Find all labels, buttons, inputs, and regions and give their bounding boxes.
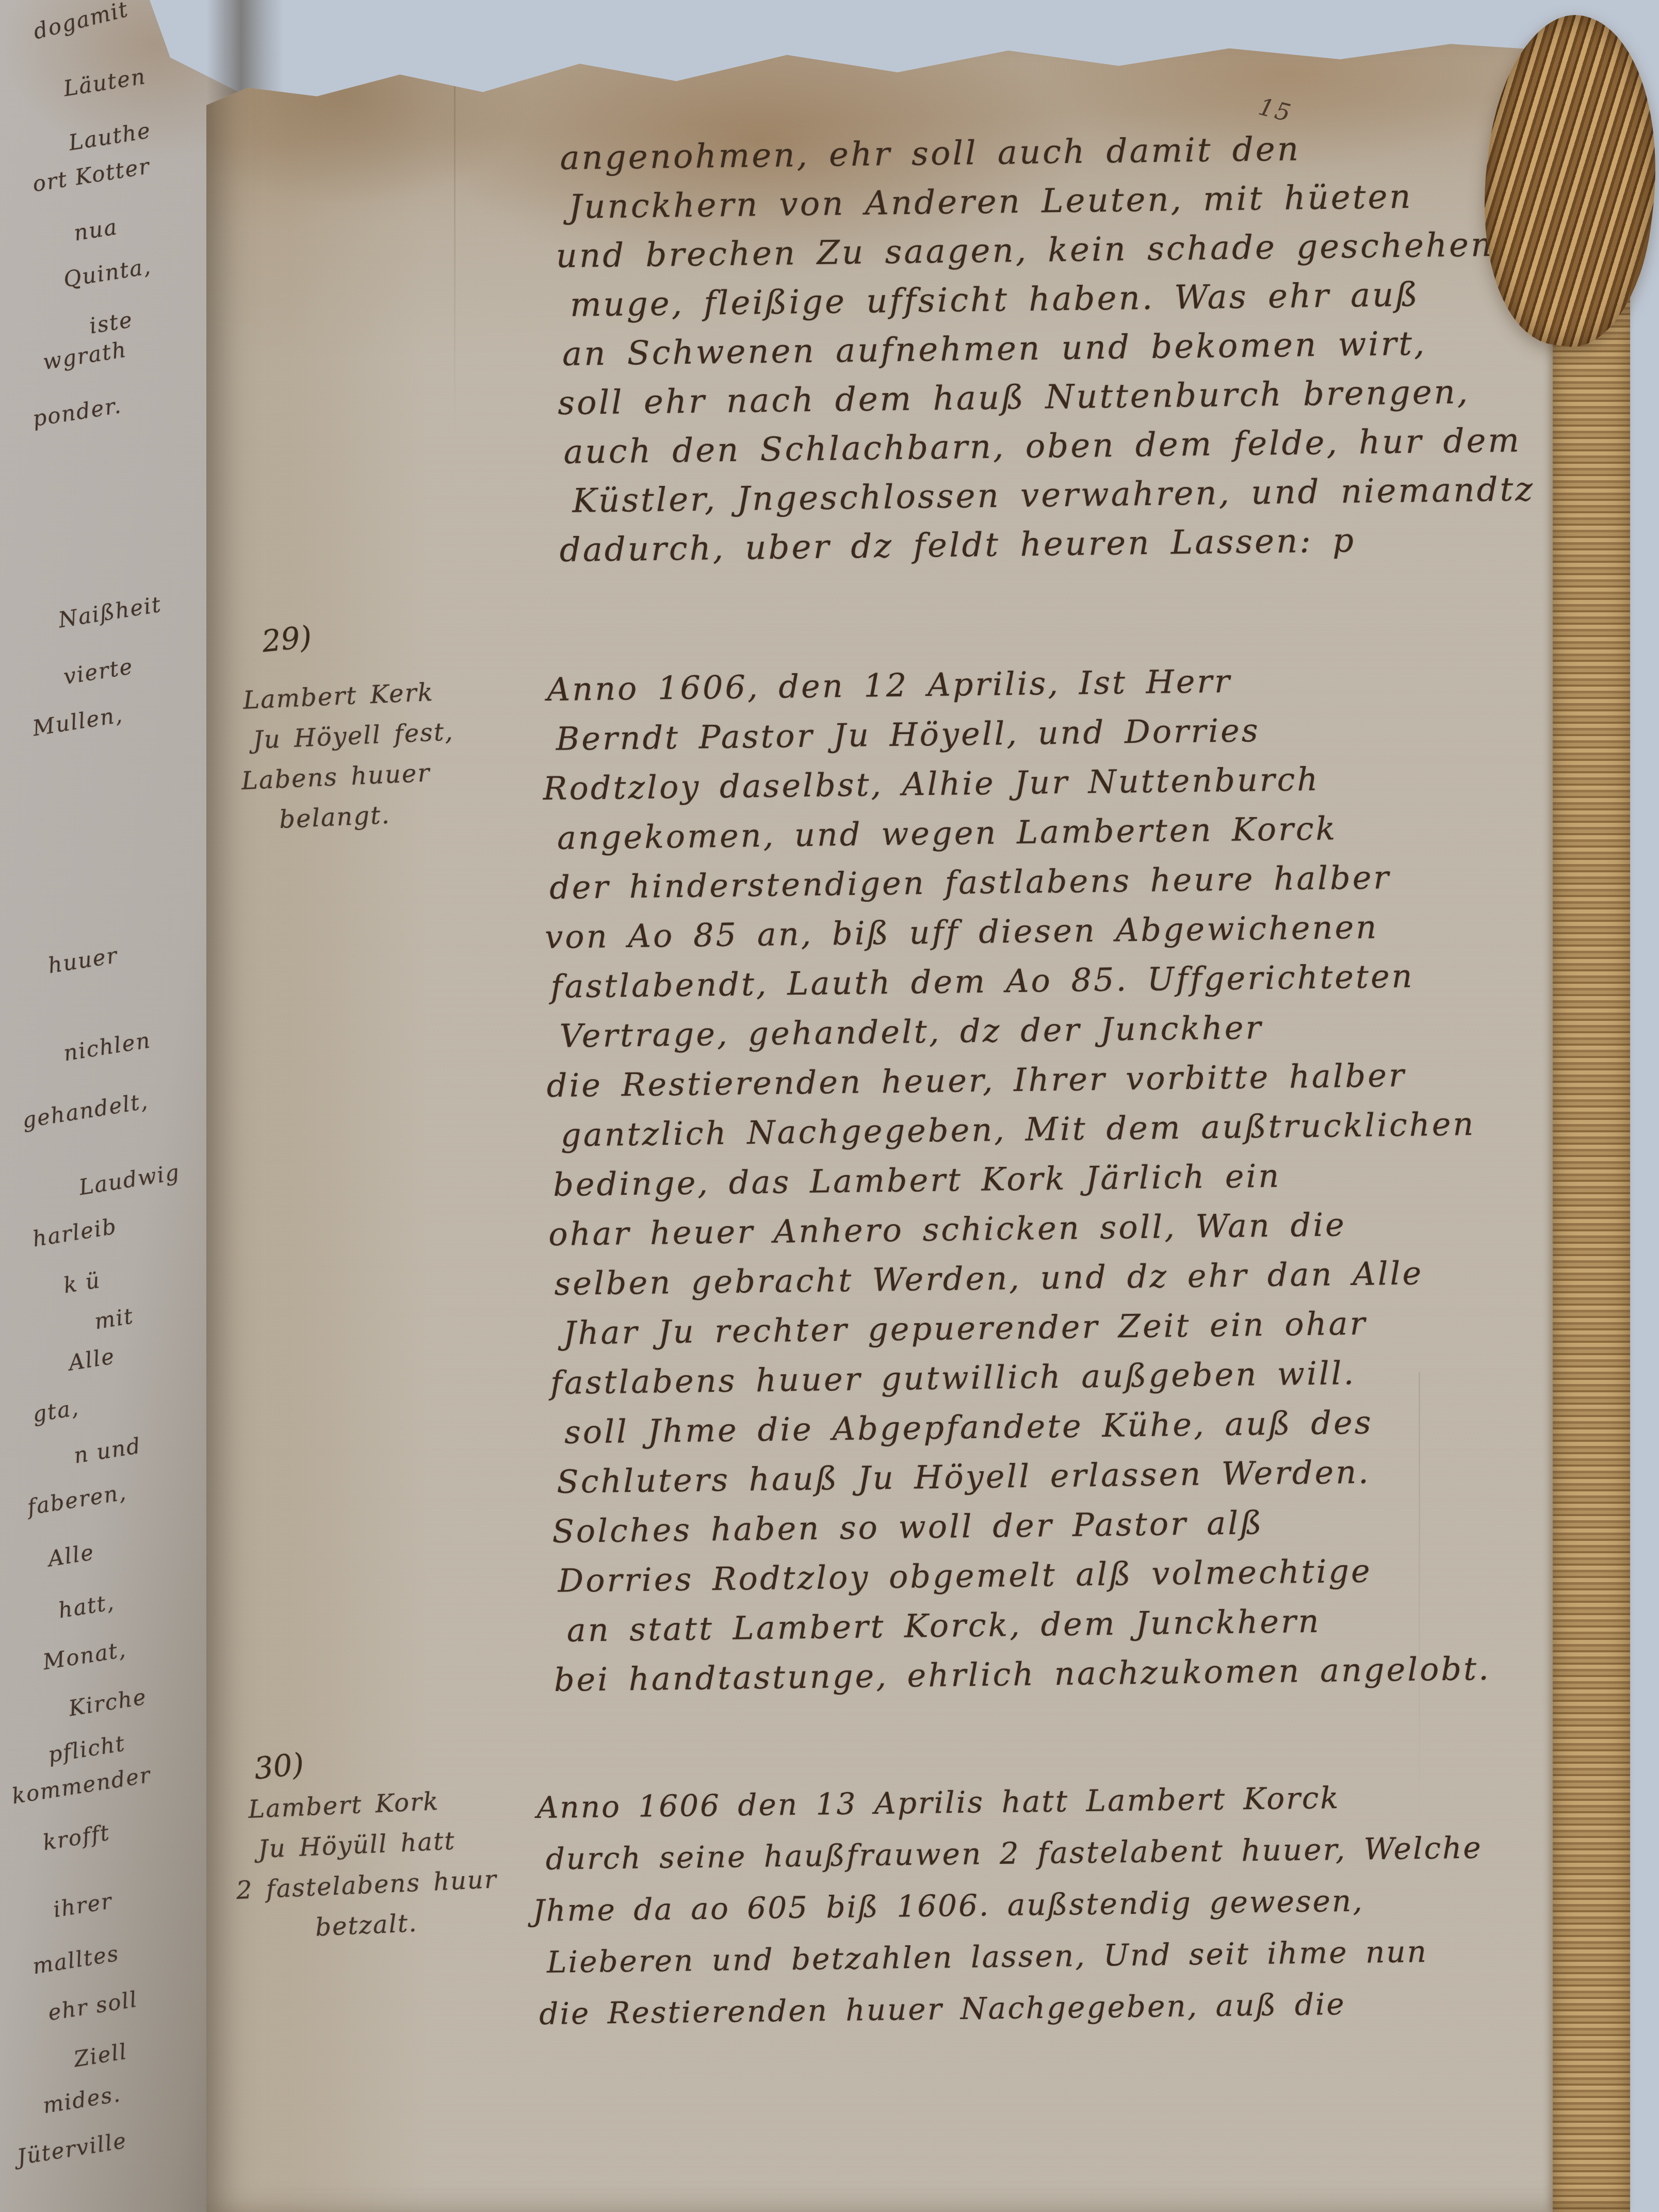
left-page-text-fragment: hatt, [57,1590,116,1623]
left-page-text-fragment: pflicht [46,1731,127,1767]
left-page-text-fragment: Kirche [67,1685,149,1720]
left-page-text-fragment: k ü [62,1268,102,1298]
left-page-text-fragment: ihrer [52,1889,114,1922]
left-page-text-fragment: ehr soll [46,1988,139,2025]
manuscript-photo: dogamit Läuten Lauthe ort Kotter nua Qui… [0,0,1659,2212]
left-page-text-fragment: gta, [31,1396,80,1427]
left-page-text-fragment: Alle [46,1540,96,1571]
left-page-text-fragment: mit [93,1304,135,1334]
left-page-text-fragment: vierte [62,655,135,689]
margin-note-line: betzalt. [315,1905,500,1953]
left-page-text-fragment: gehandelt, [21,1089,150,1132]
left-page-text-fragment: harleib [31,1214,119,1251]
handwritten-line: die Restierenden huuer Nachgegeben, auß … [539,1985,1485,2048]
left-page-text-fragment: Läuten [62,64,148,101]
left-page-text-fragment: Quinta, [62,254,153,291]
left-page-text-fragment: Naißheit [57,592,163,632]
left-page-text-fragment: nichlen [62,1028,153,1065]
left-page-text-fragment: Mullen, [31,703,124,740]
left-page-text-fragment: nua [72,215,119,246]
left-page-text-fragment: huuer [46,944,120,978]
left-page-text-fragment: Monat, [41,1638,128,1674]
left-page-text-fragment: Jüterville [15,2128,128,2169]
left-page-text-fragment: malltes [31,1942,121,1979]
entry-29-margin-note: Lambert Kerk Ju Höyell fest, Labens huue… [242,677,458,847]
entry-30-marker: 30) [253,1749,305,1784]
page-crease [454,62,456,433]
entry-30-margin-note: Lambert Kork Ju Höyüll hatt 2 fastelaben… [248,1784,500,1956]
left-page-text-fragment: Laudwig [77,1160,182,1199]
left-page-text-fragment: Ziell [72,2040,129,2072]
intro-paragraph: angenohmen, ehr soll auch damit den Junc… [560,127,1536,580]
left-page-text-fragment: ponder. [31,394,123,431]
left-page-text-fragment: Alle [67,1344,117,1375]
left-page-text-fragment: wgrath [41,337,128,374]
left-page-text-fragment: mides. [41,2082,122,2118]
left-page-text-fragment: faberen, [26,1481,128,1520]
book-fore-edge [1553,62,1630,2212]
entry-30-body: Anno 1606 den 13 Aprilis hatt Lambert Ko… [536,1779,1485,2048]
left-page-text-fragment: n und [72,1434,143,1468]
right-page: 15 angenohmen, ehr soll auch damit den J… [206,31,1589,2212]
page-number: 15 [1256,94,1294,125]
left-page-text-fragment: krofft [41,1821,111,1855]
left-page-text-fragment: ort Kotter [31,154,152,197]
margin-note-line: belangt. [279,798,458,845]
entry-29-marker: 29) [261,622,313,657]
left-page-text-fragment: dogamit [31,0,131,44]
entry-29-body: Anno 1606, den 12 Aprilis, Ist Herr Bern… [547,659,1491,1711]
left-page-text-fragment: kommender [10,1763,153,1808]
left-page-text-fragment: iste [88,308,135,338]
left-page-text-fragment: Lauthe [67,119,153,155]
